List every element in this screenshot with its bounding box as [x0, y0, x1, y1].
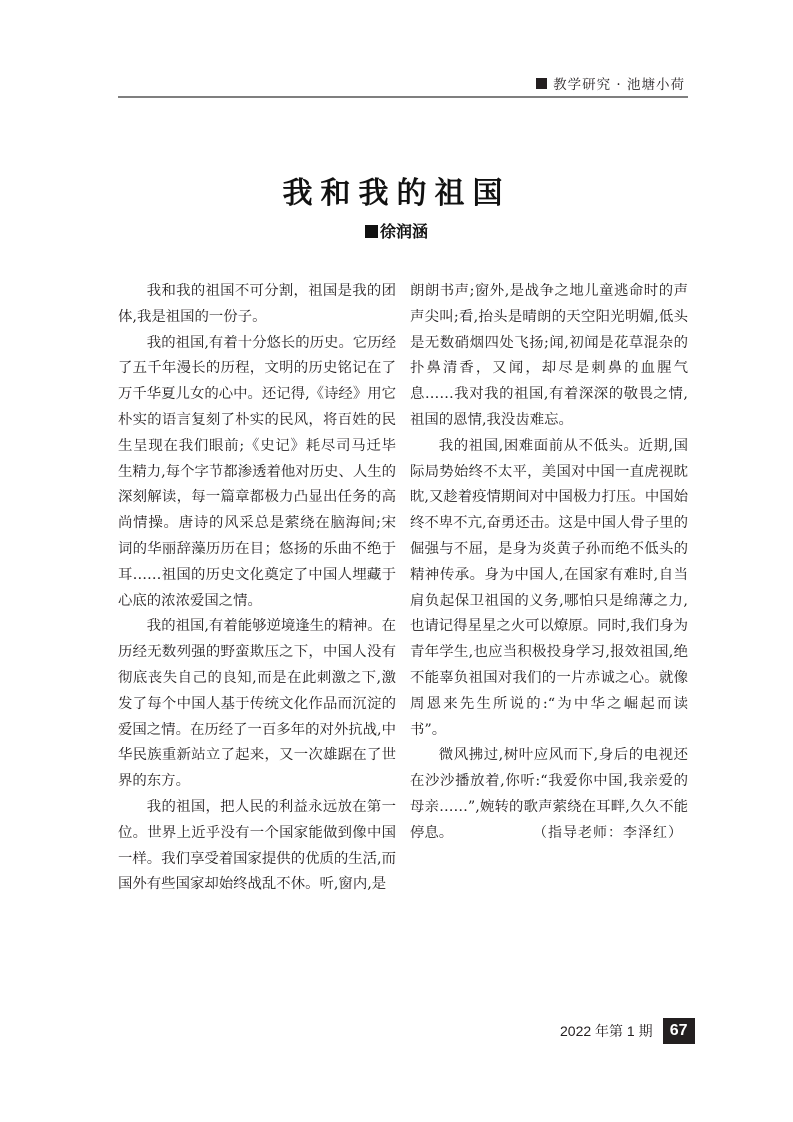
- issue-label: 2022 年第 1 期: [560, 1021, 653, 1041]
- left-column: 我和我的祖国不可分割，祖国是我的团体,我是祖国的一份子。 我的祖国,有着十分悠长…: [118, 279, 396, 898]
- page-footer: 2022 年第 1 期 67: [560, 1018, 695, 1044]
- byline-square-icon: [365, 225, 378, 238]
- header-divider: [118, 96, 688, 98]
- paragraph: 我的祖国，把人民的利益永远放在第一位。世界上近乎没有一个国家能做到像中国一样。我…: [118, 795, 396, 898]
- section-square-icon: [536, 78, 547, 89]
- paragraph: 我的祖国,困难面前从不低头。近期,国际局势始终不太平，美国对中国一直虎视眈眈,又…: [410, 434, 688, 744]
- article-title: 我和我的祖国: [0, 168, 793, 212]
- right-column: 朗朗书声;窗外,是战争之地儿童逃命时的声声尖叫;看,抬头是晴朗的天空阳光明媚,低…: [410, 279, 688, 847]
- page-number: 67: [663, 1018, 695, 1044]
- paragraph: 我的祖国,有着十分悠长的历史。它历经了五千年漫长的历程，文明的历史铭记在了万千华…: [118, 331, 396, 615]
- paragraph: 我和我的祖国不可分割，祖国是我的团体,我是祖国的一份子。: [118, 279, 396, 331]
- mentor-note: （指导老师：李泽红）: [533, 822, 683, 842]
- paragraph: 我的祖国,有着能够逆境逢生的精神。在历经无数列强的野蛮欺压之下，中国人没有彻底丧…: [118, 614, 396, 795]
- author-byline: 徐润涵: [0, 219, 793, 242]
- running-head: 教学研究 · 池塘小荷: [536, 73, 685, 93]
- paragraph-continuation: 朗朗书声;窗外,是战争之地儿童逃命时的声声尖叫;看,抬头是晴朗的天空阳光明媚,低…: [410, 279, 688, 434]
- author-name: 徐润涵: [380, 222, 428, 241]
- section-label: 教学研究 · 池塘小荷: [553, 73, 685, 93]
